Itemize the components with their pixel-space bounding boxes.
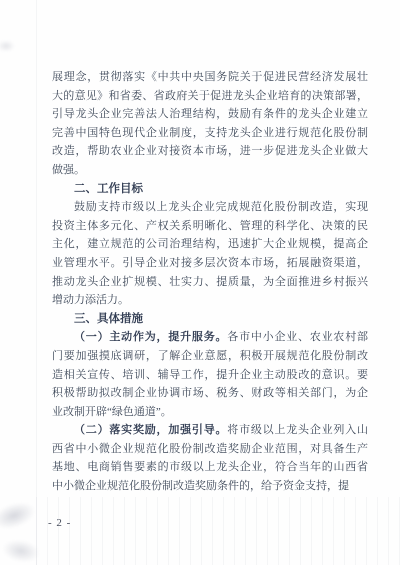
line-text: 展理念，贯彻落实《中共中央国务院关于促进民营经济发展壮 bbox=[52, 71, 368, 83]
body-line: 基地、电商销售要素的市级以上龙头企业，符合当年的山西省 bbox=[52, 458, 368, 477]
line-text: 做强。 bbox=[52, 164, 85, 176]
section-heading-work-goals: 二、工作目标 bbox=[52, 180, 368, 199]
line-text: 投资主体多元化、产权关系明晰化、管理的科学化、决策的民 bbox=[52, 220, 368, 232]
line-text: 业管理水平。引导企业对接多层次资本市场，拓展融资渠道， bbox=[52, 257, 368, 269]
line-text: 各市中小企业、农业农村部 bbox=[227, 331, 368, 343]
paragraph-lead: （二）落实奖励，加强引导。 bbox=[74, 424, 227, 436]
scan-artifact-smudge bbox=[0, 497, 39, 532]
body-line: 中小微企业规范化股份制改造奖励条件的，给予资金支持，提 bbox=[52, 477, 368, 496]
body-line: 鼓励支持市级以上龙头企业完成规范化股份制改造，实现 bbox=[52, 198, 368, 217]
line-text: 基地、电商销售要素的市级以上龙头企业，符合当年的山西省 bbox=[52, 461, 368, 473]
scan-artifact-left-line bbox=[36, 0, 37, 565]
line-text: 鼓励支持市级以上龙头企业完成规范化股份制改造，实现 bbox=[74, 201, 368, 213]
body-line: 展理念，贯彻落实《中共中央国务院关于促进民营经济发展壮 bbox=[52, 68, 368, 87]
body-line: 投资主体多元化、产权关系明晰化、管理的科学化、决策的民 bbox=[52, 217, 368, 236]
line-text: 积极帮助拟改制企业协调市场、税务、财政等相关部门，为企 bbox=[52, 387, 368, 399]
line-text: 完善中国特色现代企业制度，支持龙头企业进行规范化股份制 bbox=[52, 127, 368, 139]
paragraph-lead: （一）主动作为，提升服务。 bbox=[74, 331, 227, 343]
scan-artifact-bands bbox=[36, 497, 400, 565]
line-text: 推动龙头企业扩规模、壮实力、提质量，为全面推进乡村振兴 bbox=[52, 276, 368, 288]
body-line: 做强。 bbox=[52, 161, 368, 180]
body-line: 主化，建立规范的公司治理结构，迅速扩大企业规模，提高企 bbox=[52, 235, 368, 254]
heading-text: 二、工作目标 bbox=[74, 183, 143, 195]
body-line: （二）落实奖励，加强引导。将市级以上龙头企业列入山 bbox=[52, 421, 368, 440]
body-line: 大的意见》和省委、省政府关于促进龙头企业培育的决策部署， bbox=[52, 87, 368, 106]
body-line: 增动力添活力。 bbox=[52, 291, 368, 310]
page-number: - 2 - bbox=[48, 517, 71, 529]
line-text: 造相关宣传、培训、辅导工作，提升企业主动股改的意识。要 bbox=[52, 369, 368, 381]
scan-artifact-smudge bbox=[0, 40, 15, 52]
line-text: 增动力添活力。 bbox=[52, 294, 129, 306]
line-text: 改造，帮助农业企业对接资本市场，进一步促进龙头企业做大 bbox=[52, 145, 368, 157]
heading-text: 三、具体措施 bbox=[74, 313, 143, 325]
body-line: 积极帮助拟改制企业协调市场、税务、财政等相关部门，为企 bbox=[52, 384, 368, 403]
body-line: 引导龙头企业完善法人治理结构，鼓励有条件的龙头企业建立 bbox=[52, 105, 368, 124]
body-line: 完善中国特色现代企业制度，支持龙头企业进行规范化股份制 bbox=[52, 124, 368, 143]
body-line: 西省中小微企业规范化股份制改造奖励企业范围，对具备生产 bbox=[52, 440, 368, 459]
line-text: 中小微企业规范化股份制改造奖励条件的，给予资金支持，提 bbox=[52, 480, 349, 492]
body-line: 造相关宣传、培训、辅导工作，提升企业主动股改的意识。要 bbox=[52, 366, 368, 385]
line-text: 将市级以上龙头企业列入山 bbox=[227, 424, 368, 436]
line-text: 引导龙头企业完善法人治理结构，鼓励有条件的龙头企业建立 bbox=[52, 108, 368, 120]
body-line: 业管理水平。引导企业对接多层次资本市场，拓展融资渠道， bbox=[52, 254, 368, 273]
line-text: 业改制开辟“绿色通道”。 bbox=[52, 406, 172, 418]
document-page: 展理念，贯彻落实《中共中央国务院关于促进民营经济发展壮 大的意见》和省委、省政府… bbox=[0, 0, 400, 565]
line-text: 门要加强摸底调研，了解企业意愿，积极开展规范化股份制改 bbox=[52, 350, 368, 362]
body-line: 业改制开辟“绿色通道”。 bbox=[52, 403, 368, 422]
body-line: 推动龙头企业扩规模、壮实力、提质量，为全面推进乡村振兴 bbox=[52, 273, 368, 292]
document-body: 展理念，贯彻落实《中共中央国务院关于促进民营经济发展壮 大的意见》和省委、省政府… bbox=[52, 68, 368, 496]
line-text: 主化，建立规范的公司治理结构，迅速扩大企业规模，提高企 bbox=[52, 238, 368, 250]
body-line: 门要加强摸底调研，了解企业意愿，积极开展规范化股份制改 bbox=[52, 347, 368, 366]
line-text: 大的意见》和省委、省政府关于促进龙头企业培育的决策部署， bbox=[52, 90, 368, 102]
section-heading-measures: 三、具体措施 bbox=[52, 310, 368, 329]
body-line: 改造，帮助农业企业对接资本市场，进一步促进龙头企业做大 bbox=[52, 142, 368, 161]
line-text: 西省中小微企业规范化股份制改造奖励企业范围，对具备生产 bbox=[52, 443, 368, 455]
body-line: （一）主动作为，提升服务。各市中小企业、农业农村部 bbox=[52, 328, 368, 347]
